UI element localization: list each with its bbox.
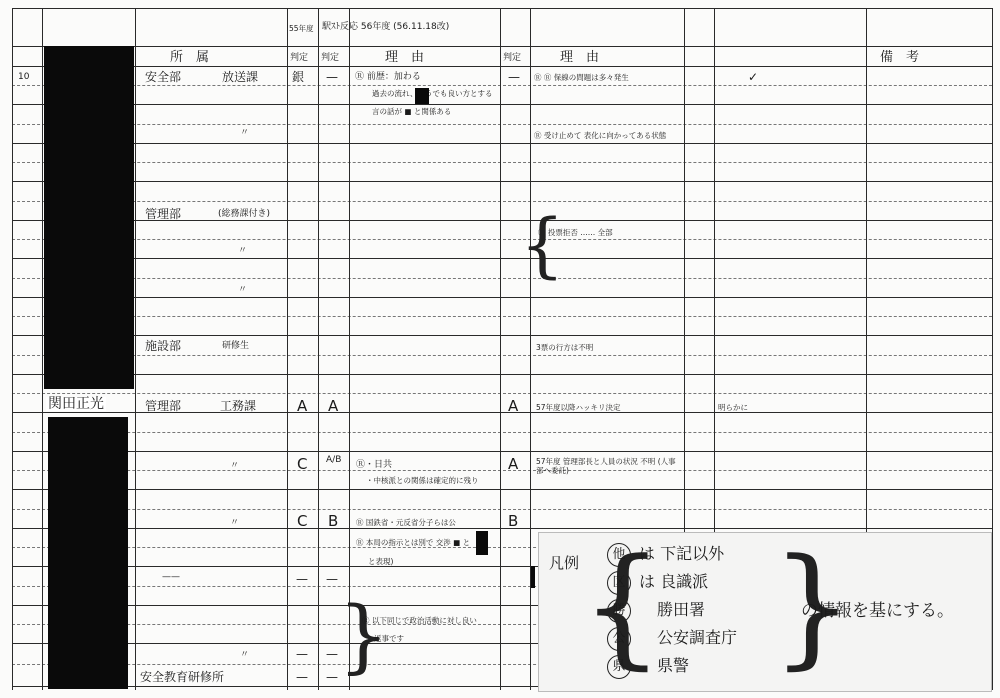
rule-line-dashed	[12, 393, 992, 394]
legend-mark-circle: 勝	[607, 599, 631, 623]
judgement-57: A	[508, 457, 518, 471]
redaction-block	[415, 88, 429, 104]
judgement-57: —	[508, 70, 520, 84]
ditto-mark: 〃	[238, 285, 247, 295]
header-judgement-56: 判定	[321, 53, 339, 63]
judgement-56: —	[326, 670, 338, 684]
reason: ・中核派との関係は確定的に残り	[366, 476, 479, 485]
header-section-title: 駅ｽﾄ反応 56年度 (56.11.18改)	[322, 22, 449, 32]
legend-mark-circle: 他	[607, 543, 631, 567]
judgement-56: B	[328, 514, 338, 528]
column-divider	[992, 8, 993, 690]
judgement-57: B	[508, 514, 518, 528]
affiliation-section: 工務課	[220, 399, 256, 413]
column-divider	[318, 8, 319, 690]
legend-title: 凡例	[549, 553, 579, 573]
reason: Ⓡ・日共	[356, 460, 392, 470]
ditto-mark: 〃	[240, 128, 249, 138]
reason: 返事です	[374, 634, 404, 643]
rule-line	[12, 297, 992, 298]
legend-text: 県警	[657, 656, 689, 676]
rule-line-dashed	[12, 162, 992, 163]
document-page: 氏 名 所 属 55年度 判定 駅ｽﾄ反応 56年度 (56.11.18改) 判…	[0, 0, 1000, 698]
rule-line	[12, 66, 992, 67]
redaction-bar	[48, 417, 128, 689]
judgement-55: —	[296, 572, 308, 586]
header-judgement-55-year: 55年度	[289, 24, 314, 33]
legend-text: 勝田署	[657, 600, 705, 620]
column-divider	[287, 8, 288, 690]
rule-line	[12, 528, 992, 529]
rule-line	[12, 451, 992, 452]
reason: と表現)	[368, 557, 393, 566]
reason: 過去の流れ、どうでも良い方とする	[372, 89, 492, 98]
rule-line	[12, 335, 992, 336]
person-name: 関田正光	[46, 397, 106, 411]
legend-text: は 良識派	[639, 572, 708, 592]
reason-2: Ⓡ Ⓡ 保線の問題は多々発生	[534, 73, 629, 82]
rule-line	[12, 374, 992, 375]
judgement-55: C	[297, 457, 307, 471]
judgement-56: A/B	[326, 455, 340, 465]
rule-line	[12, 8, 992, 9]
legend-suffix: の情報を基にする。	[801, 601, 954, 621]
legend-text: 公安調査庁	[657, 628, 737, 648]
rule-line	[12, 104, 992, 105]
affiliation-section: (総務課付き)	[218, 209, 270, 219]
judgement-55: A	[297, 399, 307, 413]
affiliation-section: 放送課	[222, 70, 258, 84]
reason: Ⓡ 以下同じで政治活動に対し良い	[362, 616, 477, 625]
rule-line-dashed	[12, 278, 992, 279]
ditto-mark: 〃	[230, 461, 239, 471]
judgement-55: —	[296, 670, 308, 684]
column-divider	[135, 8, 136, 690]
rule-line-dashed	[12, 239, 992, 240]
affiliation-section: 研修生	[222, 341, 249, 351]
redaction-bar	[44, 46, 134, 389]
ditto-mark: 〃	[238, 246, 247, 256]
affiliation-dept: 管理部	[145, 207, 181, 221]
judgement-56: A	[328, 399, 338, 413]
judgement-56: —	[326, 572, 338, 586]
judgement-55: 銀	[292, 70, 304, 84]
judgement-57: A	[508, 399, 518, 413]
header-reason: 理 由	[385, 51, 424, 65]
legend-box: 凡例 { 他 は 下記以外 区 は 良識派 勝 勝田署 公 公安調査庁 県 県警	[538, 532, 992, 692]
legend-text: は 下記以外	[639, 544, 724, 564]
reason-2: 57年度 管理部長と人員の状況 不明 (人事部へ委託)	[536, 457, 681, 475]
affiliation-dept: 管理部	[145, 399, 181, 413]
column-divider	[42, 8, 43, 690]
rule-line-dashed	[12, 201, 992, 202]
header-judgement-57: 判定	[503, 53, 521, 63]
reason: Ⓡ 本局の指示とは別で 交渉 ■ と	[356, 538, 470, 547]
reason: Ⓡ 前歴：加わる	[355, 72, 421, 82]
rule-line-dashed	[12, 355, 992, 356]
rule-line	[12, 181, 992, 182]
header-reason-2: 理 由	[560, 51, 599, 65]
affiliation-dept: 安全教育研修所	[140, 670, 224, 684]
judgement-55: —	[296, 647, 308, 661]
header-remarks: 備 考	[880, 51, 919, 65]
rule-line-dashed	[12, 124, 992, 125]
rule-line-dashed	[12, 85, 992, 86]
header-affiliation: 所 属	[170, 51, 209, 65]
reason: 言の話が ■ と関係ある	[372, 107, 451, 116]
legend-mark-circle: 県	[607, 655, 631, 679]
rule-line-dashed	[12, 432, 992, 433]
rule-line-dashed	[12, 509, 992, 510]
rule-line	[12, 143, 992, 144]
check-mark: ✓	[748, 70, 758, 84]
judgement-56: —	[326, 647, 338, 661]
ditto-mark: 〃	[240, 650, 249, 660]
legend-mark-circle: 公	[607, 627, 631, 651]
reason-2: 57年度以降ハッキリ決定	[536, 403, 621, 412]
column-divider	[12, 8, 13, 690]
redaction-block	[476, 531, 488, 555]
legend-mark-circle: 区	[607, 571, 631, 595]
remark-note: 明らかに	[718, 403, 748, 412]
row-number: 10	[18, 72, 29, 82]
ditto-mark: 〃	[230, 518, 239, 528]
rule-line-dashed	[12, 470, 992, 471]
rule-line-dashed	[12, 316, 992, 317]
rule-line	[12, 489, 992, 490]
affiliation-dept: 安全部	[145, 70, 181, 84]
reason: Ⓡ 国鉄省・元反省分子らは公	[356, 518, 456, 527]
reason-2: Ⓡ 受け止めて 表化に向かってある状態	[534, 131, 666, 140]
rule-line	[12, 258, 992, 259]
judgement-55: C	[297, 514, 307, 528]
brace-bracket: {	[520, 200, 565, 290]
header-judgement-55: 判定	[290, 53, 308, 63]
rule-line	[12, 46, 992, 47]
reason-2: 3票の行方は不明	[536, 343, 593, 352]
affiliation-dept: 施設部	[145, 339, 181, 353]
redaction-mark	[531, 566, 535, 588]
column-divider	[500, 8, 501, 690]
affiliation-blank: ——	[162, 572, 180, 582]
judgement-56: —	[326, 70, 338, 84]
